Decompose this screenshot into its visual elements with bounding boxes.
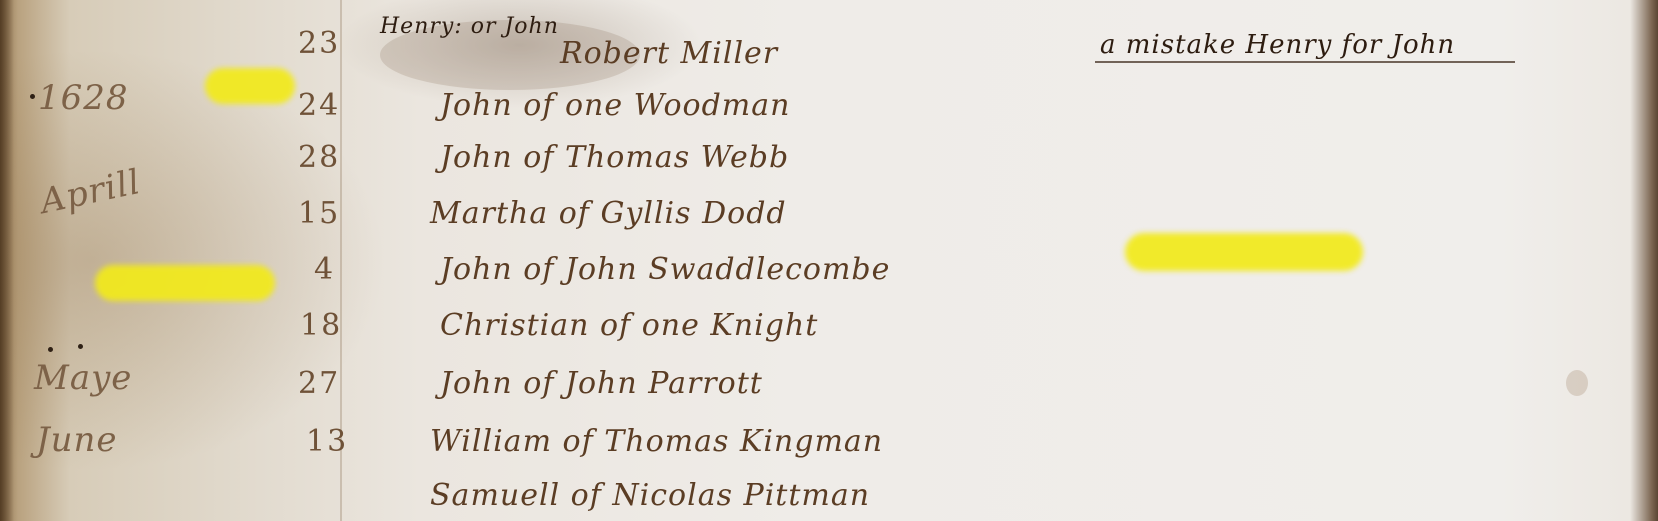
book-spine-shadow bbox=[0, 0, 14, 521]
day-number: 18 bbox=[300, 308, 342, 343]
day-number: 27 bbox=[298, 366, 340, 401]
register-entry: William of Thomas Kingman bbox=[430, 424, 883, 459]
paper-damage bbox=[1566, 370, 1588, 396]
interlinear-correction: Henry: or John bbox=[380, 14, 559, 39]
foxing-spot bbox=[30, 94, 35, 99]
highlight-mark bbox=[95, 265, 275, 301]
highlight-mark bbox=[205, 68, 295, 104]
foxing-spot bbox=[48, 347, 53, 352]
register-entry: John of Thomas Webb bbox=[440, 140, 789, 175]
day-number: 15 bbox=[298, 196, 340, 231]
register-entry: Robert Miller bbox=[560, 36, 778, 71]
margin-month-may: Maye bbox=[34, 358, 132, 398]
register-entry: Samuell of Nicolas Pittman bbox=[430, 478, 870, 513]
register-entry: Martha of Gyllis Dodd bbox=[430, 196, 787, 231]
register-entry: John of one Woodman bbox=[440, 88, 790, 123]
day-number: 24 bbox=[298, 88, 340, 123]
highlight-mark bbox=[1125, 233, 1363, 271]
register-page: 1628 Aprill Maye June 23 24 28 15 4 18 2… bbox=[0, 0, 1658, 521]
margin-year: 1628 bbox=[38, 78, 129, 118]
register-entry: Christian of one Knight bbox=[440, 308, 818, 343]
register-entry: John of John Swaddlecombe bbox=[440, 252, 890, 287]
day-number: 13 bbox=[306, 424, 348, 459]
note-underline bbox=[1095, 61, 1515, 63]
margin-month-june: June bbox=[36, 420, 118, 460]
foxing-spot bbox=[78, 344, 83, 349]
day-number: 23 bbox=[298, 26, 340, 61]
day-number: 28 bbox=[298, 140, 340, 175]
day-number: 4 bbox=[314, 252, 335, 287]
marginal-note: a mistake Henry for John bbox=[1100, 30, 1455, 60]
register-entry: John of John Parrott bbox=[440, 366, 763, 401]
margin-month-april: Aprill bbox=[37, 162, 144, 222]
